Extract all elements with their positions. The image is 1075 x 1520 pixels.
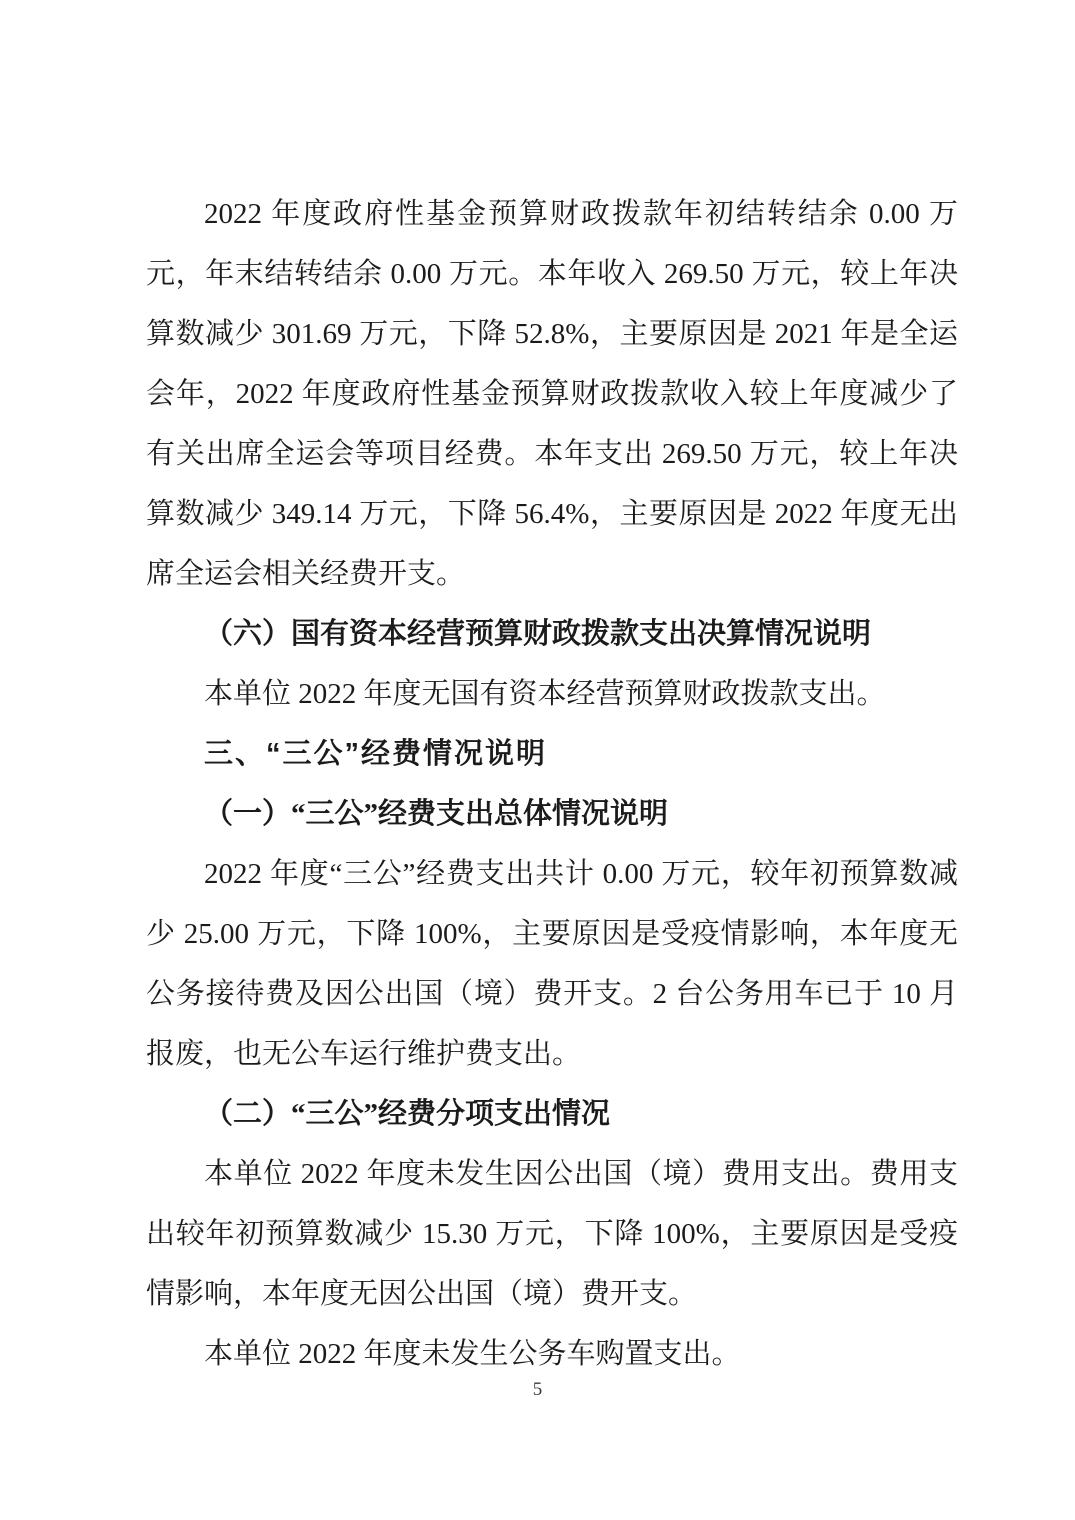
page-number: 5 (0, 1376, 1075, 1404)
paragraph-8: 本单位 2022 年度未发生公务车购置支出。 (146, 1324, 958, 1384)
heading-level-2-1: （六）国有资本经营预算财政拨款支出决算情况说明 (146, 604, 958, 664)
document-page: 2022 年度政府性基金预算财政拨款年初结转结余 0.00 万元，年末结转结余 … (0, 0, 1075, 1520)
paragraph-2: 本单位 2022 年度无国有资本经营预算财政拨款支出。 (146, 664, 958, 724)
paragraph-0: 2022 年度政府性基金预算财政拨款年初结转结余 0.00 万元，年末结转结余 … (146, 184, 958, 604)
heading-level-1-3: 三、“三公”经费情况说明 (146, 724, 958, 784)
heading-level-2-4: （一）“三公”经费支出总体情况说明 (146, 784, 958, 844)
document-body: 2022 年度政府性基金预算财政拨款年初结转结余 0.00 万元，年末结转结余 … (146, 184, 958, 1384)
paragraph-7: 本单位 2022 年度未发生因公出国（境）费用支出。费用支出较年初预算数减少 1… (146, 1144, 958, 1324)
heading-level-2-6: （二）“三公”经费分项支出情况 (146, 1084, 958, 1144)
paragraph-5: 2022 年度“三公”经费支出共计 0.00 万元，较年初预算数减少 25.00… (146, 844, 958, 1084)
